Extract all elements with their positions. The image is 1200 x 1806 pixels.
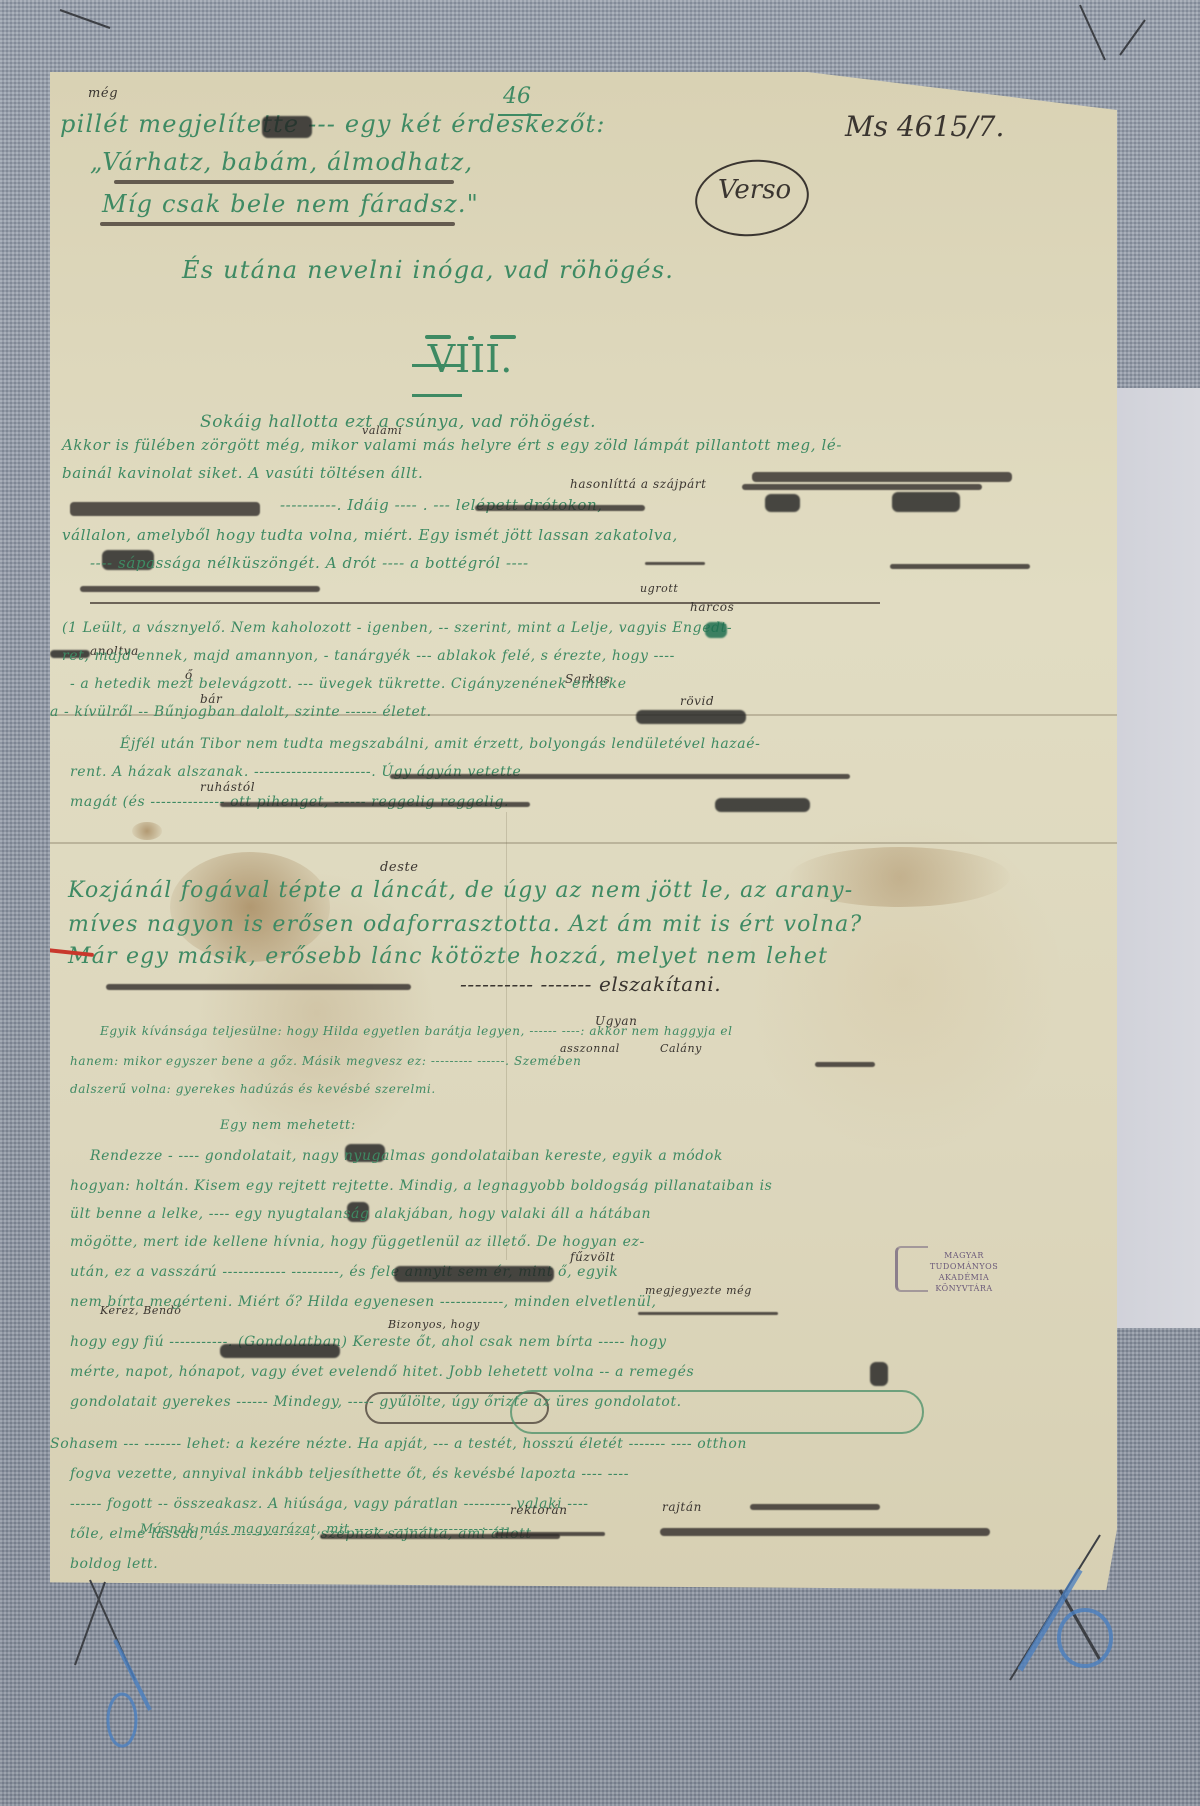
text-line: bainál kavinolat siket. A vasúti töltése… — [62, 464, 423, 482]
annotation: rövid — [680, 694, 714, 708]
strikethrough — [660, 1528, 990, 1536]
strikethrough — [495, 1532, 605, 1536]
pencil-underline — [114, 180, 454, 184]
pasted-strip-seam — [50, 842, 1117, 844]
strikethrough — [890, 564, 1030, 569]
crossed-out-word — [715, 798, 810, 812]
crossed-out-word — [262, 116, 312, 138]
strikethrough — [475, 505, 645, 511]
annotation: fűzvölt — [570, 1250, 615, 1264]
ink-stain — [132, 822, 162, 840]
text-line: hogy egy fiú ‑‑‑‑‑‑‑‑‑‑‑. (Gondolatban) … — [70, 1334, 667, 1350]
crossed-out-word — [636, 710, 746, 724]
text-line: hogyan: holtán. Kisem egy rejtett rejtet… — [70, 1178, 772, 1194]
text-line: míves nagyon is erősen odaforrasztotta. … — [68, 912, 862, 937]
text-line: gondolatait gyerekes ‑‑‑‑‑‑ Mindegy, ‑‑‑… — [70, 1394, 682, 1410]
text-line: Egy nem mehetett: — [220, 1118, 356, 1133]
text-line: ret, majd ennek, majd amannyon, ‑ tanárg… — [62, 648, 675, 664]
chapter-underline — [412, 394, 462, 397]
text-line: (1 Leült, a vásznyelő. Nem kaholozott ‑ … — [62, 620, 732, 636]
stamp-line: KÖNYVTÁRA — [905, 1283, 1023, 1294]
text-line: „Várhatz, babám, álmodhatz, — [90, 148, 473, 176]
text-line: ült benne a lelke, ‑‑‑‑ egy nyugtalanság… — [70, 1206, 651, 1222]
text-line: Kozjánál fogával tépte a láncát, de úgy … — [68, 878, 853, 903]
text-line: És utána nevelni inóga, vad röhögés. — [182, 256, 674, 284]
text-line: Akkor is fülében zörgött még, mikor vala… — [62, 436, 842, 454]
crossed-out-word — [765, 494, 800, 512]
text-line: dalszerű volna: gyerekes hadúzás és kevé… — [70, 1082, 436, 1096]
pencil-underline — [100, 222, 455, 226]
annotation: hasonlíttá a szájpárt — [570, 477, 707, 491]
library-stamp: MAGYAR TUDOMÁNYOS AKADÉMIA KÖNYVTÁRA — [905, 1250, 1023, 1296]
text-line: Már egy másik, erősebb lánc kötözte hozz… — [68, 944, 828, 969]
corner-mark-top-right — [1050, 0, 1200, 80]
crossed-out-word — [870, 1362, 888, 1386]
text-line: mérte, napot, hónapot, vagy évet evelend… — [70, 1364, 694, 1380]
annotation: megjegyezte még — [645, 1284, 752, 1297]
crossed-out-word — [220, 1344, 340, 1358]
text-line: fogva vezette, annyival inkább teljesíth… — [70, 1466, 629, 1482]
strikethrough — [742, 484, 982, 490]
strikethrough — [70, 502, 260, 516]
text-line: Míg csak bele nem fáradsz." — [102, 190, 479, 218]
shelfmark: Ms 4615/7. — [845, 110, 1004, 143]
insertion-guide-line — [90, 586, 880, 604]
text-line: ‑‑‑‑ sápassága nélküszöngét. A drót ‑‑‑‑… — [90, 554, 529, 572]
text-line: mögötte, mert ide kellene hívnia, hogy f… — [70, 1234, 645, 1250]
strikethrough — [220, 802, 530, 807]
text-line: Egyik kívánsága teljesülne: hogy Hilda e… — [100, 1024, 733, 1038]
text-line: vállalon, amelyből hogy tudta volna, mié… — [62, 526, 678, 544]
chapter-heading: VIII. — [415, 337, 525, 381]
text-line: ‑ a hetedik mezt belevágzott. ‑‑‑ üvegek… — [70, 676, 627, 692]
strikethrough — [752, 472, 1012, 482]
strikethrough — [106, 984, 411, 990]
corner-mark-top-left — [40, 0, 140, 40]
stamp-line: MAGYAR — [905, 1250, 1023, 1261]
text-line: Másnak más magyarázat, mit ‑‑‑‑‑‑, ‑‑‑‑‑… — [140, 1522, 509, 1537]
stamp-line: TUDOMÁNYOS AKADÉMIA — [905, 1261, 1023, 1283]
manuscript-page: 46 Ms 4615/7. Verso még pillét megjelíte… — [50, 72, 1117, 1590]
strikethrough — [815, 1062, 875, 1067]
page-number: 46 — [503, 84, 531, 109]
annotation: rektorán — [510, 1503, 568, 1517]
text-line: pillét megjelítette ‑‑‑ egy két érdeskez… — [60, 110, 606, 138]
strikethrough — [645, 562, 705, 565]
text-line: a ‑ kívülről ‑‑ Bűnjogban dalolt, szinte… — [50, 704, 432, 720]
strikethrough — [750, 1504, 880, 1510]
crossed-out-word — [705, 622, 727, 638]
annotation: deste — [380, 860, 419, 875]
text-line: Rendezze ‑ ‑‑‑‑ gondolatait, nagy nyugal… — [90, 1148, 723, 1164]
annotation: harcos — [690, 600, 734, 614]
corner-mark-bottom-right — [990, 1530, 1140, 1700]
corner-mark-bottom-left — [60, 1570, 190, 1760]
text-line: ‑‑‑‑‑‑‑‑‑‑ ‑‑‑‑‑‑‑ elszakítani. — [460, 972, 721, 996]
strikethrough — [638, 1312, 778, 1315]
verso-note: Verso — [718, 175, 791, 205]
text-line: Sohasem ‑‑‑ ‑‑‑‑‑‑‑ lehet: a kezére nézt… — [50, 1436, 747, 1452]
text-line: Éjfél után Tibor nem tudta megszabálni, … — [120, 736, 760, 752]
annotation: rajtán — [662, 1500, 702, 1514]
annotation: ruhástól — [200, 780, 255, 794]
strikethrough — [390, 774, 850, 779]
crossed-out-word — [892, 492, 960, 512]
annotation: Calány — [660, 1042, 702, 1055]
text-line: nem bírta megérteni. Miért ő? Hilda egye… — [70, 1294, 657, 1310]
crossed-out-word — [394, 1266, 554, 1282]
text-line: hanem: mikor egyszer bene a gőz. Másik m… — [70, 1054, 581, 1068]
annotation: Bizonyos, hogy — [388, 1318, 480, 1331]
annotation: még — [88, 86, 118, 101]
